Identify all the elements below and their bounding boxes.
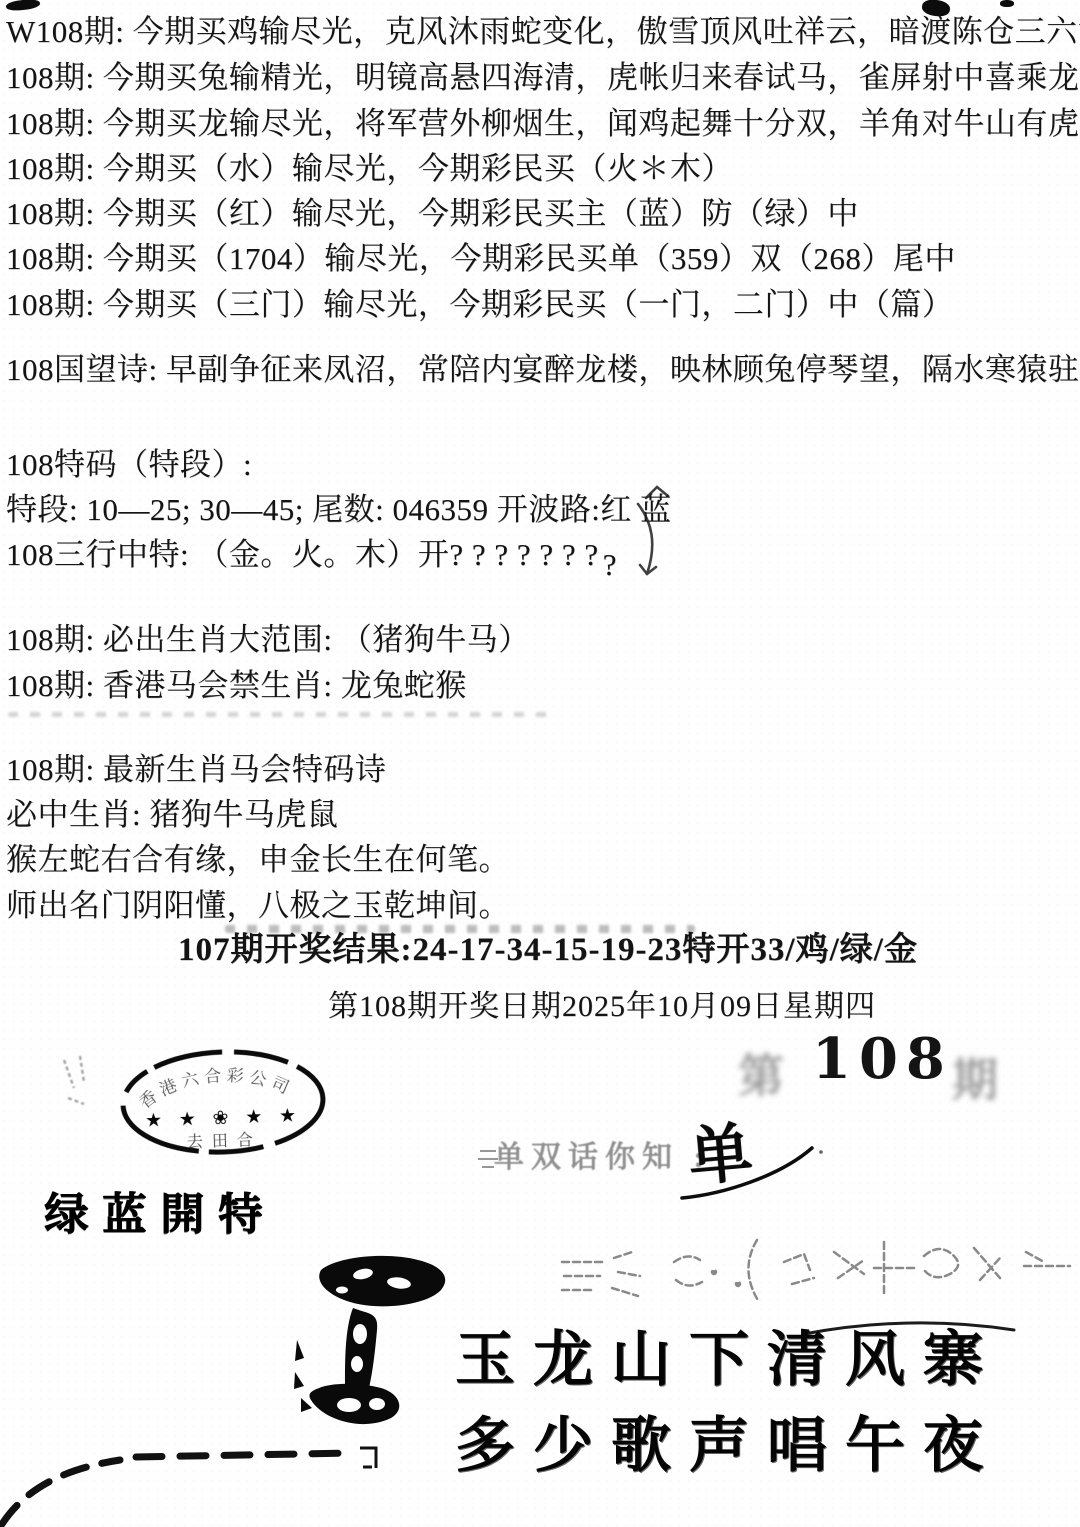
verse-line-6: 108期: 今期买（1704）输尽光，今期彩民买单（359）双（268）尾中	[6, 241, 956, 277]
verse-line-2: 108期: 今期买兔输精光，明镜高悬四海清，虎帐归来春试马，雀屏射中喜乘龙。	[6, 60, 1080, 96]
lottery-tip-sheet-page: W108期: 今期买鸡输尽光，克风沐雨蛇变化，傲雪顶风吐祥云，暗渡陈仓三六计。 …	[0, 0, 1080, 1527]
special-range-line: 特段: 10—25; 30—45; 尾数: 046359 开波路:红 蓝	[6, 492, 672, 528]
issue-prefix-smudged: 第	[738, 1040, 784, 1106]
issue-number: 108	[812, 1026, 953, 1092]
green-blue-special-text: 绿蓝開特	[44, 1190, 276, 1241]
company-stamp-seal: 香港六合彩公司 ★ ★ ❀ ★ ★ 去田合	[116, 1044, 330, 1159]
latest-poem-line-2: 猴左蛇右合有缘，申金长生在何笔。	[6, 842, 510, 878]
scan-artifact-blob	[6, 0, 41, 12]
illegible-handwriting-scribble	[552, 1232, 1080, 1322]
stamp-stars-row: ★ ★ ❀ ★ ★	[145, 1105, 303, 1131]
verse-line-4: 108期: 今期买（水）输尽光，今期彩民买（火＊木）	[6, 151, 733, 187]
issue-suffix-smudged: 期	[952, 1044, 998, 1110]
verse-line-1: W108期: 今期买鸡输尽光，克风沐雨蛇变化，傲雪顶风吐祥云，暗渡陈仓三六计。	[6, 14, 1080, 50]
special-sanxing-line: 108三行中特: （金。火。木）开? ? ? ? ? ? ??	[6, 537, 613, 573]
guowang-poem-line: 108国望诗: 早副争征来凤沼，常陪内宴醉龙楼，映林顾兔停琴望，隔水寒猿驻笔听。	[6, 352, 1080, 388]
latest-poem-line-1: 必中生肖: 猪狗牛马虎鼠	[6, 797, 338, 833]
previous-draw-result: 107期开奖结果:24-17-34-15-19-23特开33/鸡/绿/金	[178, 932, 918, 970]
verse-line-7: 108期: 今期买（三门）输尽光，今期彩民买（一门，二门）中（篇）	[6, 287, 953, 323]
bottom-verse-1: 玉龙山下清风寨	[455, 1326, 1001, 1395]
special-section-header: 108特码（特段）:	[6, 447, 252, 483]
stamp-bottom-text: 去田合	[187, 1131, 263, 1152]
latest-poem-line-3: 师出名门阴阳懂，八极之玉乾坤间。	[6, 888, 510, 924]
handwritten-underline-swoosh	[676, 1140, 826, 1210]
pen-stroke-scribble	[600, 478, 690, 588]
faint-ink-marks	[58, 1054, 98, 1114]
verse-line-3: 108期: 今期买龙输尽光，将军营外柳烟生，闻鸡起舞十分双，羊角对牛山有虎。	[6, 106, 1080, 142]
zodiac-ban-line: 108期: 香港马会禁生肖: 龙兔蛇猴	[6, 668, 467, 704]
zodiac-must-line: 108期: 必出生肖大范围: （猪狗牛马）	[6, 622, 530, 658]
scan-artifact-blob	[1000, 0, 1014, 7]
verse-line-5: 108期: 今期买（红）输尽光，今期彩民买主（蓝）防（绿）中	[6, 196, 859, 232]
next-draw-date: 第108期开奖日期2025年10月09日星期四	[328, 990, 876, 1025]
dashed-corner-curve	[0, 1420, 400, 1527]
ghost-print-smudge	[8, 712, 548, 717]
bottom-verse-2: 多少歌声唱午夜	[455, 1412, 1001, 1481]
latest-poem-title: 108期: 最新生肖马会特码诗	[6, 752, 386, 788]
sanxing-text: 108三行中特: （金。火。木）开? ? ? ? ? ? ?	[6, 537, 599, 572]
